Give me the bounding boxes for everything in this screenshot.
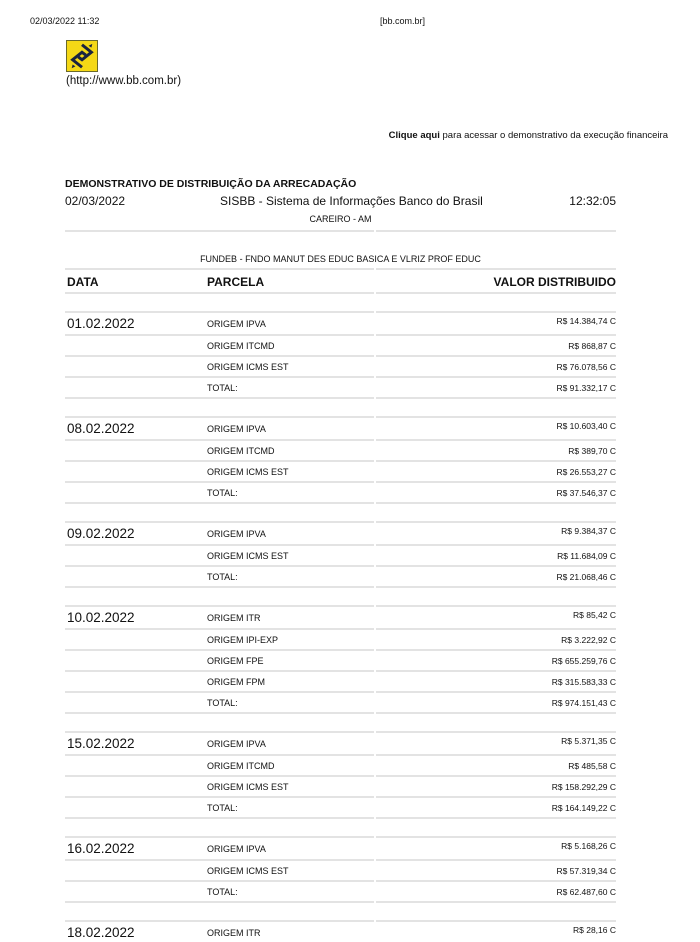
table-row: 08.02.2022ORIGEM IPVAR$ 10.603,40 C (65, 418, 616, 439)
divider (65, 502, 616, 504)
row-parcel: ORIGEM IPVA (207, 844, 376, 854)
divider (65, 859, 616, 861)
row-value: R$ 315.583,33 C (376, 677, 616, 687)
table-row: ORIGEM ITCMDR$ 485,58 C (65, 756, 616, 775)
table-row: 15.02.2022ORIGEM IPVAR$ 5.371,35 C (65, 733, 616, 754)
divider (65, 649, 616, 651)
distribution-report: DEMONSTRATIVO DE DISTRIBUIÇÃO DA ARRECAD… (65, 178, 616, 942)
table-row: ORIGEM ICMS ESTR$ 76.078,56 C (65, 357, 616, 376)
table-row: ORIGEM ICMS ESTR$ 26.553,27 C (65, 462, 616, 481)
divider (65, 628, 616, 630)
date-group: 09.02.2022ORIGEM IPVAR$ 9.384,37 CORIGEM… (65, 521, 616, 588)
row-value: R$ 26.553,27 C (376, 467, 616, 477)
row-value: R$ 974.151,43 C (376, 698, 616, 708)
row-value: R$ 91.332,17 C (376, 383, 616, 393)
site-url-link[interactable]: (http://www.bb.com.br) (66, 75, 181, 87)
divider (65, 796, 616, 798)
row-value: R$ 37.546,37 C (376, 488, 616, 498)
row-value: R$ 10.603,40 C (376, 418, 616, 431)
row-parcel: TOTAL: (207, 488, 376, 498)
row-parcel: ORIGEM ITCMD (207, 446, 376, 456)
row-date: 08.02.2022 (65, 421, 207, 436)
table-row: 18.02.2022ORIGEM ITRR$ 28,16 C (65, 922, 616, 942)
divider (65, 586, 616, 588)
row-parcel: ORIGEM IPVA (207, 739, 376, 749)
divider (65, 544, 616, 546)
row-parcel: ORIGEM FPM (207, 677, 376, 687)
divider (65, 230, 616, 232)
total-row: TOTAL:R$ 91.332,17 C (65, 378, 616, 397)
table-row: ORIGEM FPER$ 655.259,76 C (65, 651, 616, 670)
divider (65, 416, 616, 418)
divider (65, 836, 616, 838)
divider (65, 670, 616, 672)
print-site: [bb.com.br] (380, 16, 425, 26)
divider (65, 460, 616, 462)
divider (65, 334, 616, 336)
date-group: 08.02.2022ORIGEM IPVAR$ 10.603,40 CORIGE… (65, 416, 616, 504)
row-parcel: ORIGEM ITR (207, 928, 376, 938)
column-header-value: VALOR DISTRIBUIDO (376, 275, 616, 289)
divider (65, 268, 616, 270)
row-value: R$ 5.371,35 C (376, 733, 616, 746)
divider (65, 311, 616, 313)
table-row: ORIGEM ITCMDR$ 868,87 C (65, 336, 616, 355)
report-system: SISBB - Sistema de Informações Banco do … (220, 194, 483, 208)
table-row: 16.02.2022ORIGEM IPVAR$ 5.168,26 C (65, 838, 616, 859)
row-value: R$ 868,87 C (376, 341, 616, 351)
row-value: R$ 11.684,09 C (376, 551, 616, 561)
divider (65, 355, 616, 357)
row-parcel: TOTAL: (207, 803, 376, 813)
divider (65, 691, 616, 693)
table-row: ORIGEM ITCMDR$ 389,70 C (65, 441, 616, 460)
date-group: 18.02.2022ORIGEM ITRR$ 28,16 C (65, 920, 616, 942)
column-header-date: DATA (65, 275, 207, 289)
row-parcel: ORIGEM ICMS EST (207, 782, 376, 792)
divider (65, 901, 616, 903)
divider (65, 731, 616, 733)
total-row: TOTAL:R$ 62.487,60 C (65, 882, 616, 901)
row-parcel: ORIGEM IPVA (207, 319, 376, 329)
total-row: TOTAL:R$ 974.151,43 C (65, 693, 616, 712)
row-value: R$ 62.487,60 C (376, 887, 616, 897)
divider (65, 817, 616, 819)
row-parcel: ORIGEM ITCMD (207, 761, 376, 771)
table-row: 09.02.2022ORIGEM IPVAR$ 9.384,37 C (65, 523, 616, 544)
row-parcel: ORIGEM ICMS EST (207, 866, 376, 876)
row-date: 10.02.2022 (65, 610, 207, 625)
row-parcel: ORIGEM ITCMD (207, 341, 376, 351)
report-date: 02/03/2022 (65, 194, 125, 208)
divider (65, 880, 616, 882)
divider (65, 376, 616, 378)
row-value: R$ 76.078,56 C (376, 362, 616, 372)
row-parcel: ORIGEM IPI-EXP (207, 635, 376, 645)
execution-link-line: Clique aqui para acessar o demonstrativo… (389, 130, 668, 141)
date-group: 15.02.2022ORIGEM IPVAR$ 5.371,35 CORIGEM… (65, 731, 616, 819)
row-value: R$ 85,42 C (376, 607, 616, 620)
report-title: DEMONSTRATIVO DE DISTRIBUIÇÃO DA ARRECAD… (65, 178, 616, 190)
report-city: CAREIRO - AM (65, 214, 616, 230)
divider (65, 292, 616, 294)
divider (65, 397, 616, 399)
row-date: 16.02.2022 (65, 841, 207, 856)
row-parcel: ORIGEM FPE (207, 656, 376, 666)
distribution-groups: 01.02.2022ORIGEM IPVAR$ 14.384,74 CORIGE… (65, 311, 616, 942)
row-value: R$ 28,16 C (376, 922, 616, 935)
row-value: R$ 655.259,76 C (376, 656, 616, 666)
row-value: R$ 3.222,92 C (376, 635, 616, 645)
row-value: R$ 9.384,37 C (376, 523, 616, 536)
execution-link-text: para acessar o demonstrativo da execução… (440, 130, 668, 141)
row-value: R$ 21.068,46 C (376, 572, 616, 582)
row-parcel: ORIGEM IPVA (207, 529, 376, 539)
row-value: R$ 57.319,34 C (376, 866, 616, 876)
table-header: DATA PARCELA VALOR DISTRIBUIDO (65, 272, 616, 292)
date-group: 16.02.2022ORIGEM IPVAR$ 5.168,26 CORIGEM… (65, 836, 616, 903)
row-date: 09.02.2022 (65, 526, 207, 541)
table-row: ORIGEM ICMS ESTR$ 11.684,09 C (65, 546, 616, 565)
table-row: ORIGEM ICMS ESTR$ 158.292,29 C (65, 777, 616, 796)
row-parcel: ORIGEM ICMS EST (207, 467, 376, 477)
date-group: 10.02.2022ORIGEM ITRR$ 85,42 CORIGEM IPI… (65, 605, 616, 714)
row-value: R$ 158.292,29 C (376, 782, 616, 792)
date-group: 01.02.2022ORIGEM IPVAR$ 14.384,74 CORIGE… (65, 311, 616, 399)
print-datetime: 02/03/2022 11:32 (30, 16, 99, 26)
total-row: TOTAL:R$ 164.149,22 C (65, 798, 616, 817)
logo-glyph (67, 41, 97, 71)
row-value: R$ 5.168,26 C (376, 838, 616, 851)
fund-name: FUNDEB - FNDO MANUT DES EDUC BASICA E VL… (65, 254, 616, 268)
report-time: 12:32:05 (569, 194, 616, 208)
row-parcel: ORIGEM IPVA (207, 424, 376, 434)
divider (65, 439, 616, 441)
row-value: R$ 485,58 C (376, 761, 616, 771)
divider (65, 605, 616, 607)
row-parcel: TOTAL: (207, 887, 376, 897)
divider (65, 481, 616, 483)
row-parcel: ORIGEM ICMS EST (207, 362, 376, 372)
table-row: ORIGEM FPMR$ 315.583,33 C (65, 672, 616, 691)
row-value: R$ 14.384,74 C (376, 313, 616, 326)
total-row: TOTAL:R$ 21.068,46 C (65, 567, 616, 586)
total-row: TOTAL:R$ 37.546,37 C (65, 483, 616, 502)
report-meta: 02/03/2022 SISBB - Sistema de Informaçõe… (65, 194, 616, 208)
divider (65, 521, 616, 523)
row-date: 15.02.2022 (65, 736, 207, 751)
row-parcel: ORIGEM ITR (207, 613, 376, 623)
table-row: ORIGEM IPI-EXPR$ 3.222,92 C (65, 630, 616, 649)
row-date: 01.02.2022 (65, 316, 207, 331)
row-parcel: TOTAL: (207, 572, 376, 582)
banco-do-brasil-logo-icon[interactable] (66, 40, 98, 72)
row-date: 18.02.2022 (65, 925, 207, 940)
divider (65, 565, 616, 567)
table-row: 01.02.2022ORIGEM IPVAR$ 14.384,74 C (65, 313, 616, 334)
table-row: 10.02.2022ORIGEM ITRR$ 85,42 C (65, 607, 616, 628)
divider (65, 712, 616, 714)
row-parcel: TOTAL: (207, 698, 376, 708)
row-value: R$ 164.149,22 C (376, 803, 616, 813)
divider (65, 920, 616, 922)
table-row: ORIGEM ICMS ESTR$ 57.319,34 C (65, 861, 616, 880)
divider (65, 775, 616, 777)
row-parcel: ORIGEM ICMS EST (207, 551, 376, 561)
divider (65, 754, 616, 756)
row-value: R$ 389,70 C (376, 446, 616, 456)
row-parcel: TOTAL: (207, 383, 376, 393)
click-here-link[interactable]: Clique aqui (389, 130, 440, 141)
column-header-parcel: PARCELA (207, 275, 376, 289)
